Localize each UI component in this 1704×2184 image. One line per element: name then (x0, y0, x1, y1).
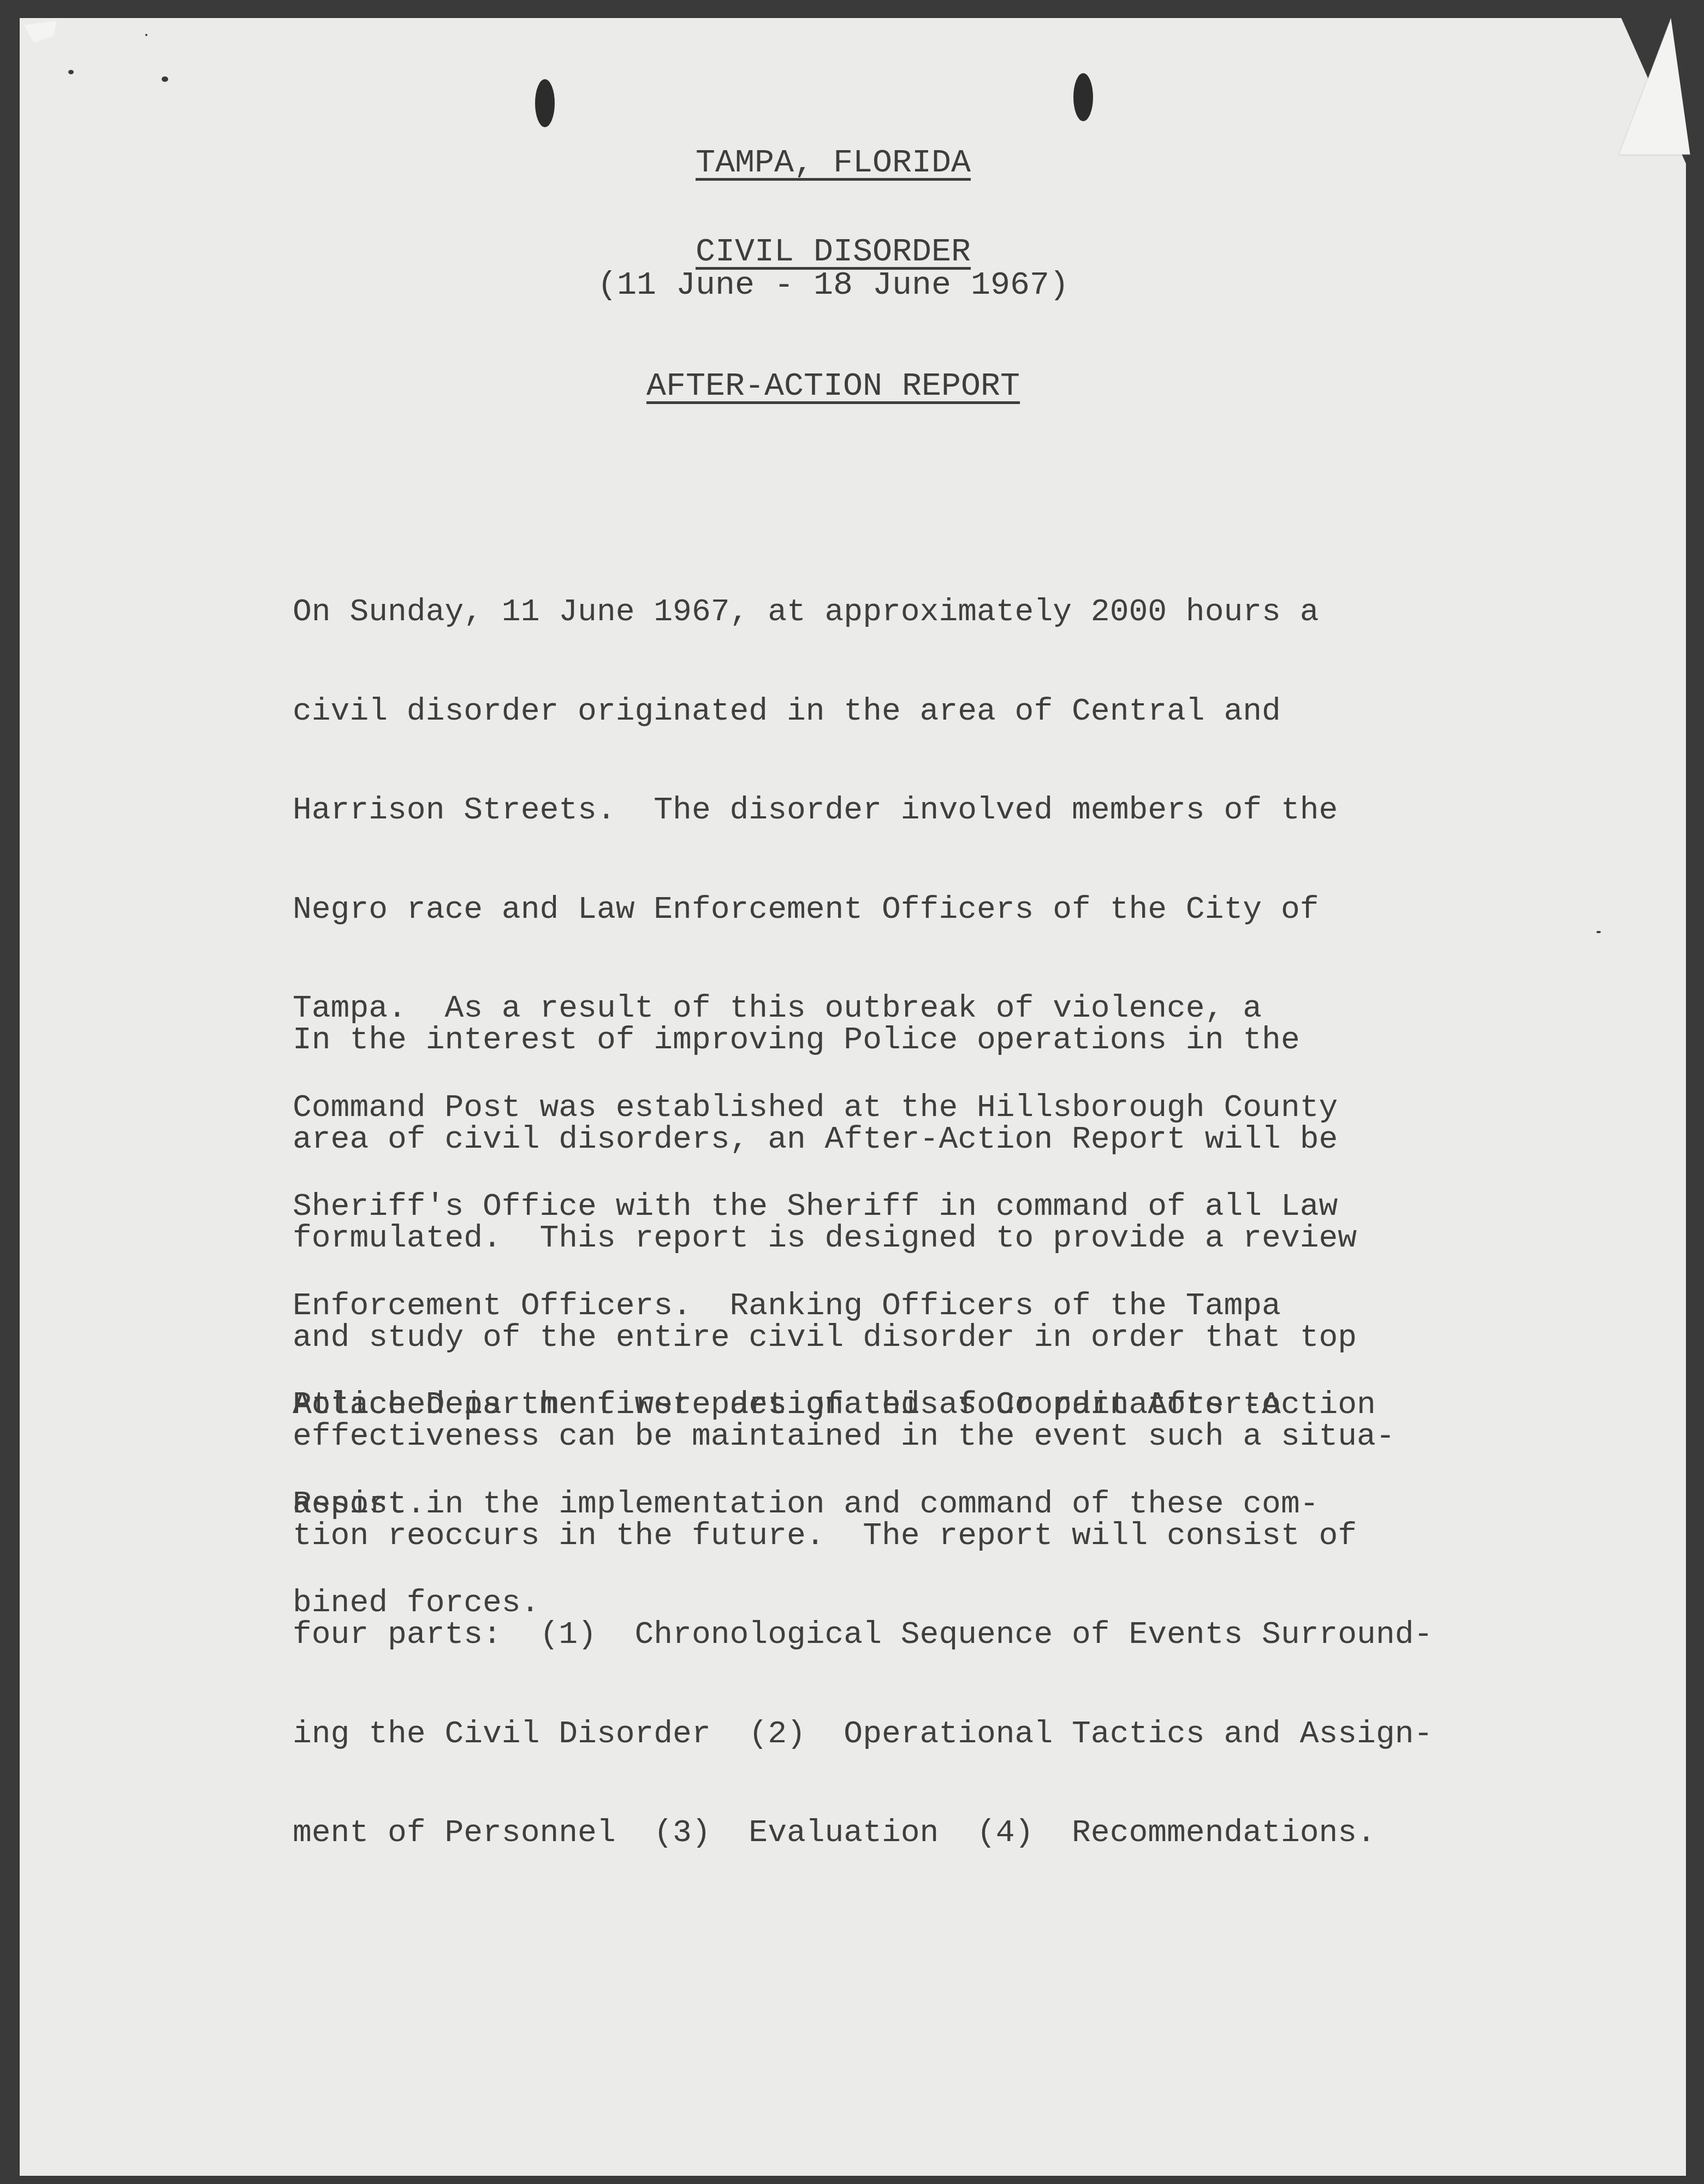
paragraph-line: Negro race and Law Enforcement Officers … (293, 894, 1338, 927)
document-page: TAMPA, FLORIDA CIVIL DISORDER (11 June -… (20, 18, 1686, 2176)
paragraph-line: civil disorder originated in the area of… (293, 696, 1338, 729)
paragraph-3: Attached is the first part of this four … (293, 1323, 1376, 1587)
heading-report-type: AFTER-ACTION REPORT (0, 370, 1666, 403)
paragraph-line: area of civil disorders, an After-Action… (293, 1124, 1433, 1157)
punch-hole-right (1073, 73, 1093, 121)
paper-speck (68, 70, 74, 74)
paragraph-line: In the interest of improving Police oper… (293, 1024, 1433, 1058)
location-text: TAMPA, FLORIDA (696, 145, 971, 182)
paper-speck (162, 76, 168, 82)
title-text: CIVIL DISORDER (696, 234, 971, 271)
paragraph-line: four parts: (1) Chronological Sequence o… (293, 1619, 1433, 1652)
paragraph-line: Report. (293, 1488, 1376, 1522)
paragraph-line: On Sunday, 11 June 1967, at approximatel… (293, 596, 1338, 630)
paper-speck (1596, 931, 1601, 933)
paragraph-line: Harrison Streets. The disorder involved … (293, 794, 1338, 828)
report-type-text: AFTER-ACTION REPORT (646, 368, 1020, 405)
heading-location: TAMPA, FLORIDA (0, 147, 1666, 180)
paragraph-line: Attached is the first part of this four … (293, 1389, 1376, 1422)
heading-title: CIVIL DISORDER (0, 236, 1666, 269)
folded-corner-left (24, 21, 57, 43)
paragraph-line: formulated. This report is designed to p… (293, 1222, 1433, 1256)
heading-dates: (11 June - 18 June 1967) (0, 269, 1666, 302)
dates-text: (11 June - 18 June 1967) (597, 267, 1069, 304)
paragraph-line: ing the Civil Disorder (2) Operational T… (293, 1718, 1433, 1752)
punch-hole-left (535, 79, 555, 127)
paper-speck (145, 34, 147, 36)
paragraph-line: ment of Personnel (3) Evaluation (4) Rec… (293, 1817, 1433, 1850)
